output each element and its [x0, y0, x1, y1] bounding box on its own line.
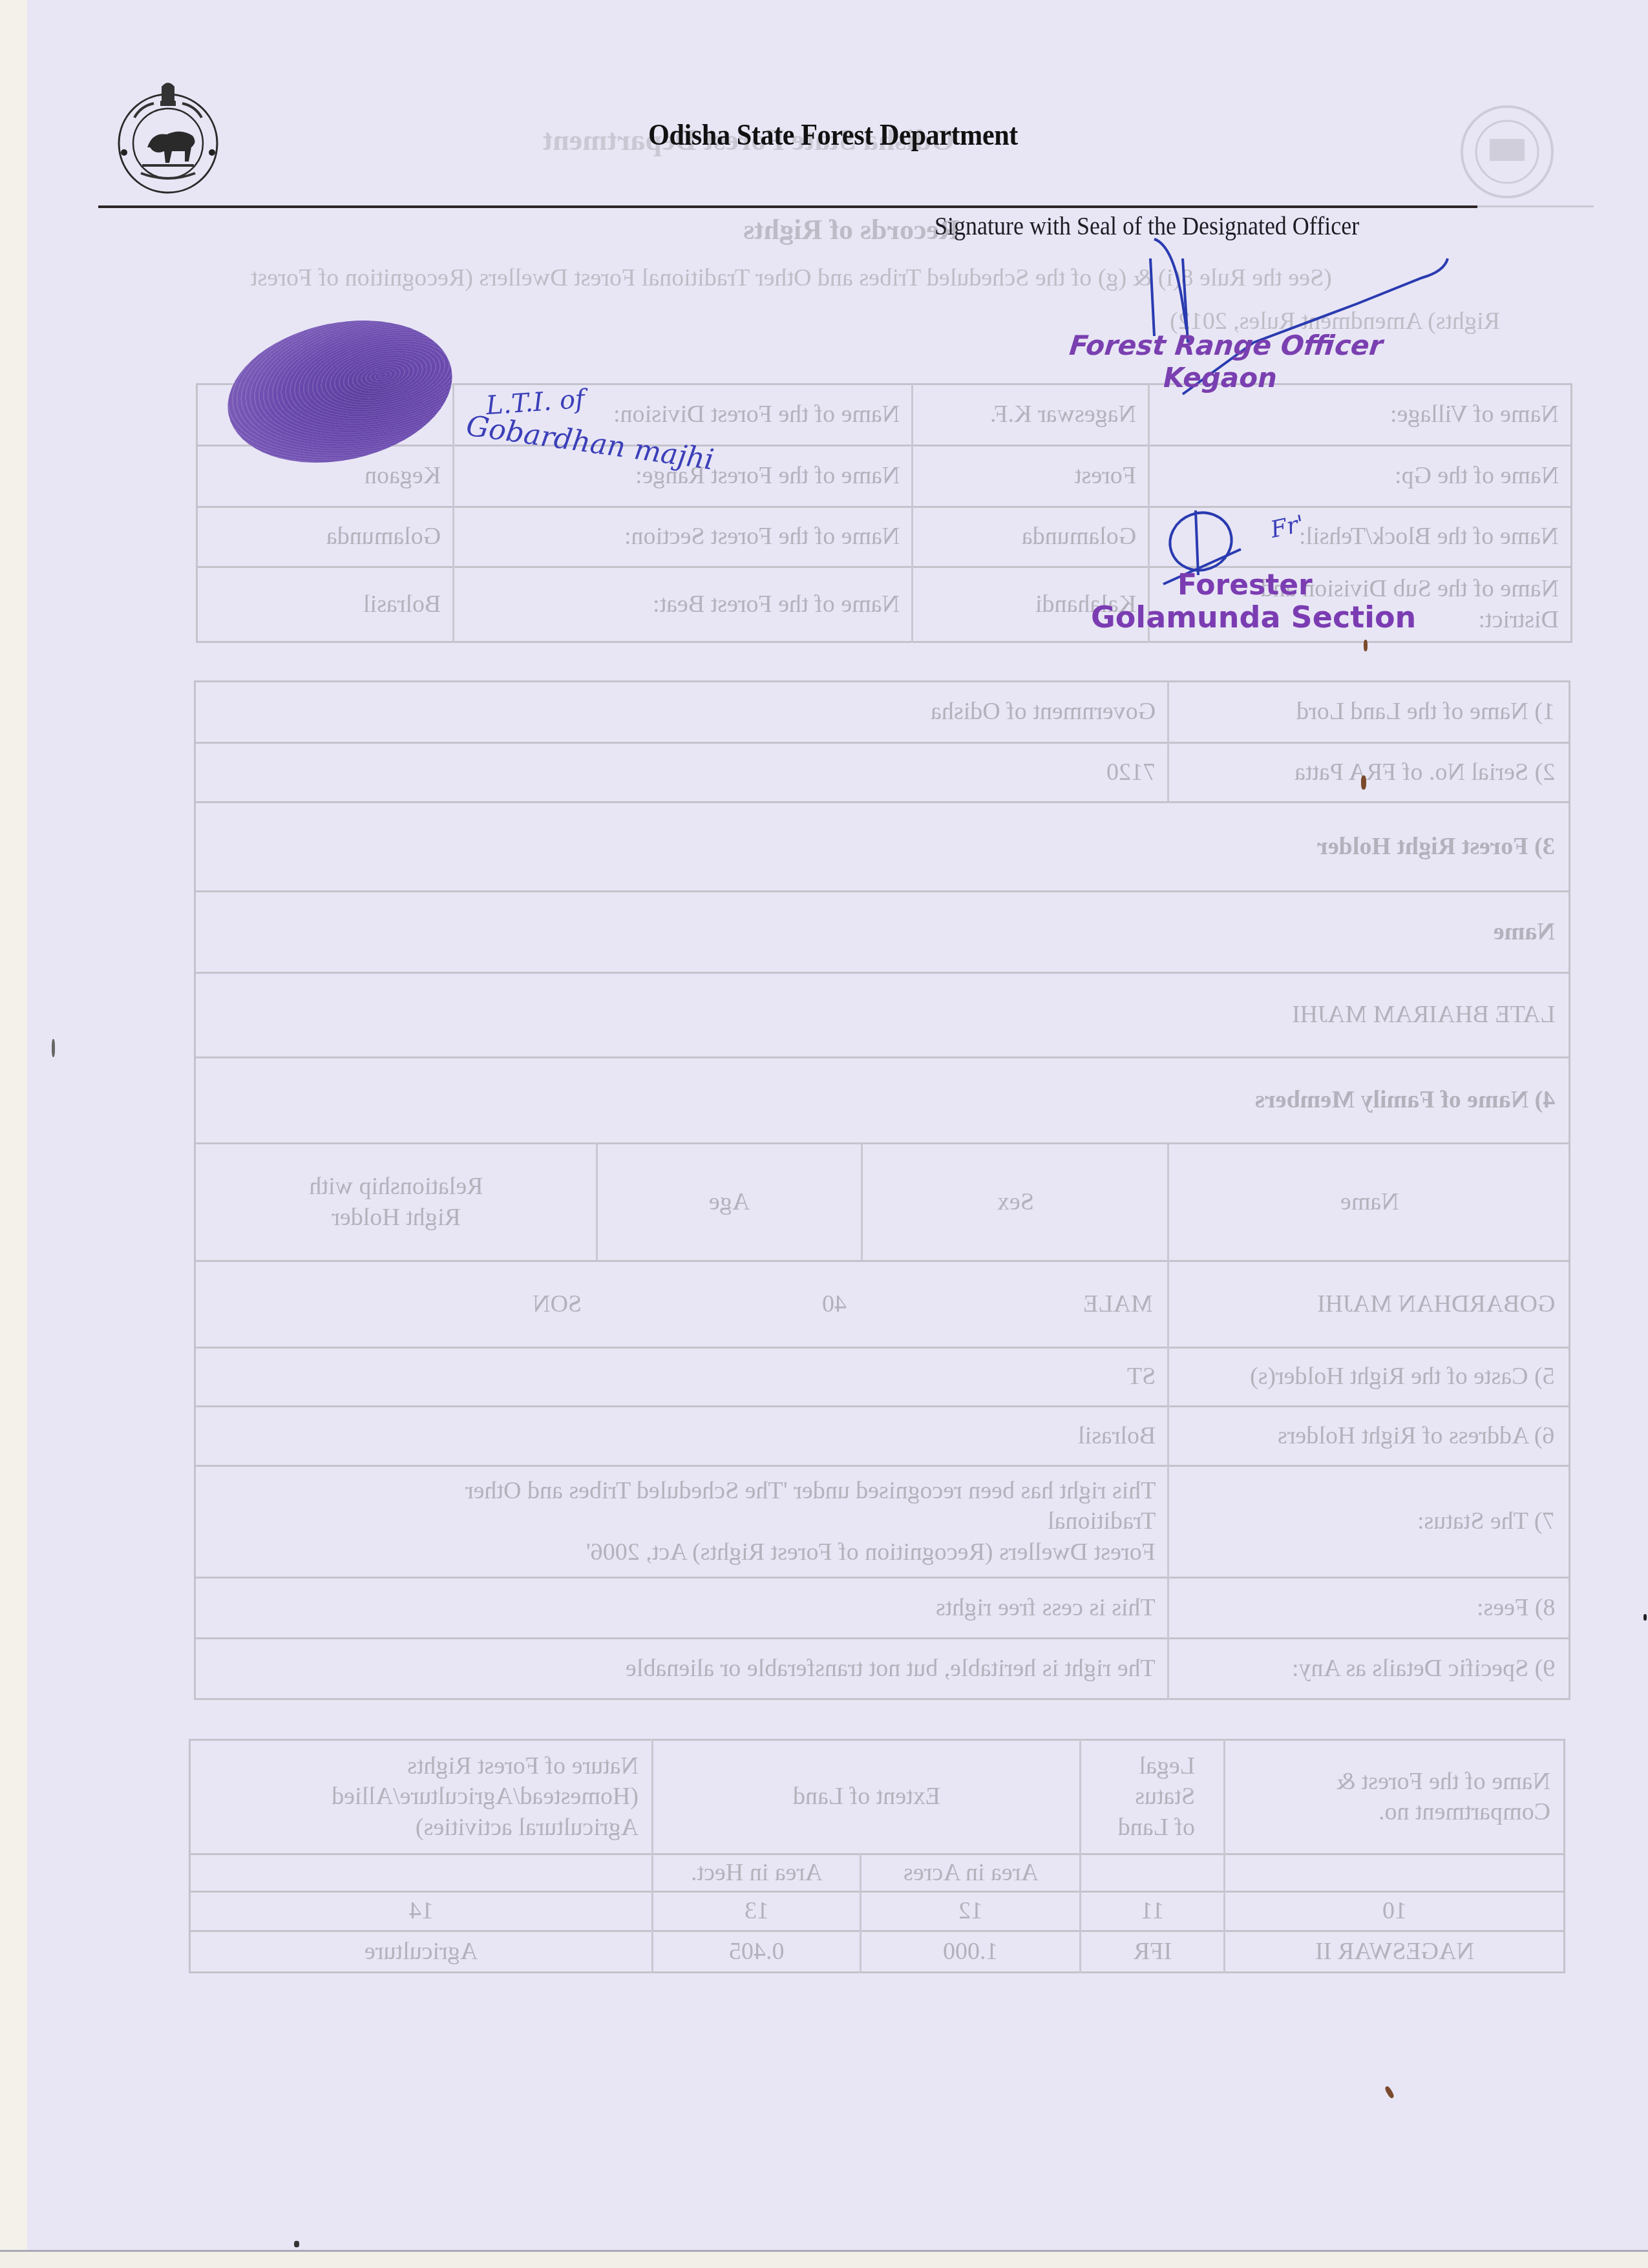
bleed-value-gp: Forest [1075, 461, 1136, 492]
bleed-family-member-relationship: SON [533, 1289, 582, 1320]
bleed-family-col-age: Age [709, 1187, 750, 1218]
bleed-land-lord-value: Government of Odisha [931, 697, 1156, 728]
forester-stamp-line1: Forester [1178, 569, 1313, 602]
ink-speck [1364, 640, 1368, 651]
bleed-land-hect-value: 0.405 [729, 1937, 785, 1968]
bleed-status-line1: This right has been recognised under 'Th… [465, 1476, 1156, 1507]
header-rule-bleed [1477, 205, 1594, 207]
bleed-value-section: Golamunda [326, 521, 441, 552]
bleed-family-member-name: GOBARDHAN MAJHI [1317, 1289, 1555, 1320]
bleed-land-col-acres: Area in Acres [903, 1858, 1039, 1889]
bleed-land-col-extent: Extent of Land [793, 1781, 940, 1812]
bleed-value-range: Kegaon [364, 461, 441, 492]
bleed-colnum-10: 10 [1382, 1896, 1407, 1927]
bleed-specific-label: 9) Specific Details as Any: [1292, 1654, 1555, 1685]
bleed-land-col-legal: Legal Status of Land [1111, 1751, 1195, 1843]
bleed-family-col-relationship: Relationship with Right Holder [299, 1171, 493, 1233]
bleed-label-division: Name of the Forest Division: [613, 399, 900, 430]
ink-speck [294, 2241, 299, 2247]
bleed-subtitle: Records of Rights [743, 213, 960, 246]
bleed-right-holder-heading: 3) Forest Right Holder [1317, 832, 1555, 863]
bleed-label-section: Name of the Forest Section: [624, 521, 900, 552]
bleed-label-gp: Name of the Gp: [1395, 461, 1559, 492]
paper-edge [0, 0, 27, 2268]
bleed-value-village: Nageswar K.F. [990, 399, 1136, 430]
bleed-serial-label: 2) Serial No. of FRA Patta [1294, 757, 1555, 788]
ink-speck [1361, 775, 1366, 790]
range-officer-stamp-line2: Kegaon [1163, 362, 1277, 394]
bleed-colnum-14: 14 [409, 1896, 434, 1927]
bleed-status-label: 7) The Status: [1417, 1506, 1555, 1537]
range-officer-stamp-line1: Forest Range Officer [1068, 330, 1384, 361]
bleed-address-value: Bolrasil [1078, 1421, 1156, 1452]
bleed-fees-label: 8) Fees: [1477, 1593, 1555, 1624]
forester-stamp-line2: Golamunda Section [1091, 600, 1416, 635]
bleed-land-legal-value: IFR [1134, 1937, 1172, 1968]
bleed-caste-label: 5) Caste of the Right Holder(s) [1250, 1361, 1555, 1392]
bleed-land-col-nature: Nature of Forest Rights (Homestead/Agric… [277, 1751, 639, 1843]
bleed-address-label: 6) Address of Right Holders [1278, 1421, 1555, 1452]
bleed-label-village: Name of Village: [1390, 399, 1559, 430]
bleed-name-label: Name [1494, 917, 1555, 948]
bleed-family-member-age: 40 [822, 1289, 847, 1320]
bleed-family-heading: 4) Name of Family Members [1255, 1085, 1555, 1116]
bleed-family-col-sex: Sex [997, 1187, 1034, 1218]
bleed-value-beat: Bolrasil [363, 589, 441, 620]
odisha-govt-emblem-icon [115, 76, 221, 195]
paper-edge-bottom [0, 2250, 1648, 2268]
bleed-caste-value: ST [1127, 1361, 1156, 1392]
bleed-colnum-13: 13 [745, 1896, 769, 1927]
paper-mark [1643, 1614, 1647, 1621]
department-title: Odisha State Forest Department [648, 118, 1018, 152]
paper-mark [52, 1039, 55, 1057]
bleed-status-line2: Traditional [1048, 1506, 1156, 1537]
bleed-land-col-forest: Name of the Forest & Compartment no. [1298, 1767, 1550, 1828]
emblem-bleed-icon [1457, 100, 1558, 200]
bleed-land-nature-value: Agriculture [364, 1937, 478, 1968]
bleed-family-col-name: Name [1340, 1187, 1399, 1218]
bleed-family-member-sex: MALE [1083, 1289, 1153, 1320]
bleed-land-forest-value: NAGESWAR II [1315, 1937, 1474, 1968]
bleed-fees-value: This is cess free rights [936, 1593, 1156, 1624]
bleed-land-col-hect: Area in Hect. [691, 1858, 823, 1889]
range-officer-signature [1112, 220, 1448, 401]
bleed-colnum-11: 11 [1141, 1896, 1165, 1927]
bleed-colnum-12: 12 [958, 1896, 983, 1927]
bleed-status-line3: Forest Dwellers (Recognition of Forest R… [586, 1537, 1156, 1568]
bleed-value-block: Golamunda [1022, 521, 1136, 552]
bleed-specific-value: The right is heritable, but not transfer… [626, 1654, 1156, 1685]
bleed-land-acres-value: 1.000 [943, 1937, 998, 1968]
bleed-land-lord-label: 1) Name of the Land Lord [1296, 697, 1555, 728]
bleed-serial-value: 7120 [1106, 757, 1156, 788]
header-rule [98, 205, 1477, 208]
bleed-label-beat: Name of the Forest Beat: [653, 589, 900, 620]
bleed-right-holder-name: LATE BHAIRAM MAJHI [1292, 1000, 1555, 1031]
